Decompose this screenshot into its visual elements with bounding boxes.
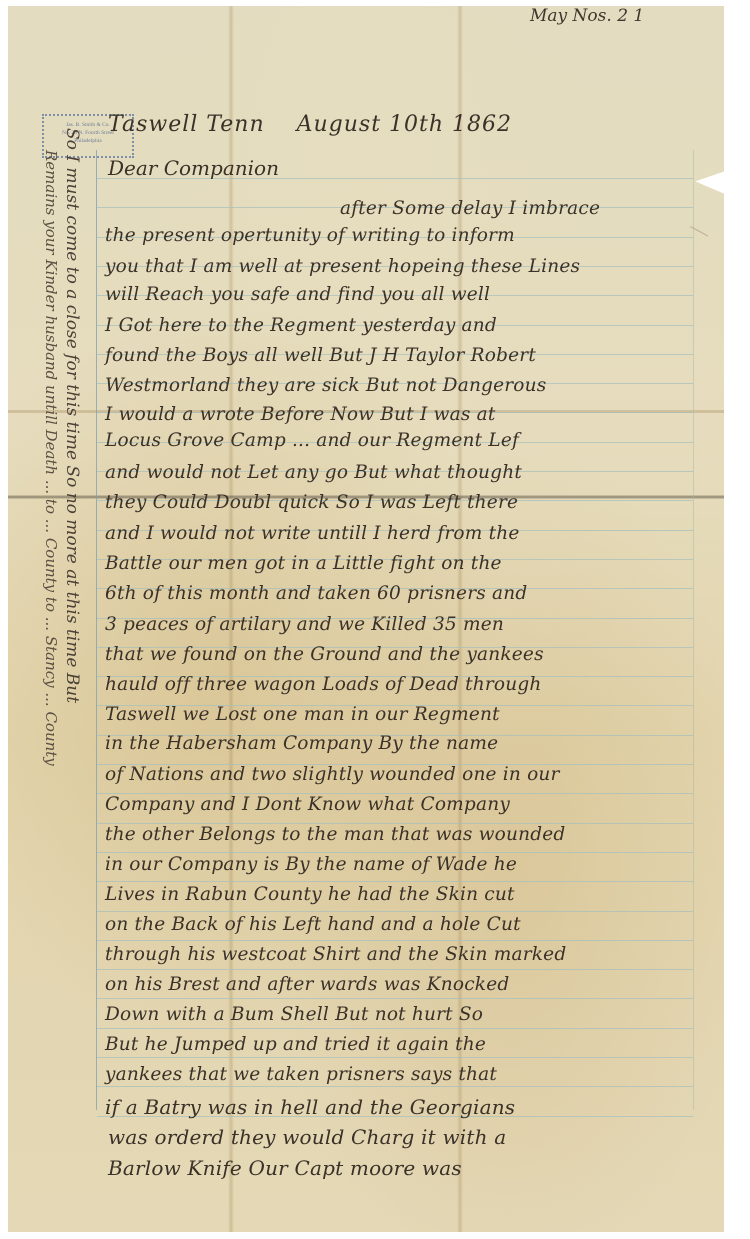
letter-line: they Could Doubl quick So I was Left the… (105, 492, 518, 513)
letter-line: Locus Grove Camp ... and our Regment Lef (105, 430, 519, 451)
letter-line: Westmorland they are sick But not Danger… (105, 375, 546, 396)
ruled-line (97, 1028, 693, 1029)
letter-line: and would not Let any go But what though… (105, 462, 522, 483)
letter-line: on the Back of his Left hand and a hole … (105, 914, 521, 935)
salutation: Dear Companion (108, 156, 279, 180)
letter-line: 6th of this month and taken 60 prisners … (105, 583, 527, 604)
letter-header: Taswell Tenn August 10th 1862 (108, 112, 512, 137)
ruled-line (97, 852, 693, 853)
margin-note-outer: Remains your Kinder husband untill Death… (42, 150, 60, 766)
margin-rule (96, 150, 97, 1110)
letter-line: 3 peaces of artilary and we Killed 35 me… (105, 614, 504, 635)
letter-line: was orderd they would Charg it with a (108, 1125, 506, 1149)
header-place: Taswell Tenn (108, 112, 265, 137)
letter-line: in our Company is By the name of Wade he (105, 854, 517, 875)
letter-line: Battle our men got in a Little fight on … (105, 553, 502, 574)
letter-line: and I would not write untill I herd from… (105, 523, 519, 544)
ruled-line (97, 969, 693, 970)
archive-annotation: May Nos. 2 1 (530, 6, 644, 26)
letter-line: hauld off three wagon Loads of Dead thro… (105, 674, 542, 695)
letter-line: yankees that we taken prisners says that (105, 1064, 497, 1085)
letter-line: found the Boys all well But J H Taylor R… (105, 345, 536, 366)
ruled-line (97, 940, 693, 941)
ruled-line (97, 881, 693, 882)
ruled-line (97, 1086, 693, 1087)
stamp-line-3: Philadelphia (44, 137, 132, 145)
ruled-line (97, 1057, 693, 1058)
ruled-line (97, 911, 693, 912)
letter-line: through his westcoat Shirt and the Skin … (105, 944, 566, 965)
letter-line: the other Belongs to the man that was wo… (105, 824, 565, 845)
letter-line: Company and I Dont Know what Company (105, 794, 510, 815)
letter-line: on his Brest and after wards was Knocked (105, 974, 509, 995)
letter-line: will Reach you safe and find you all wel… (105, 284, 490, 305)
letter-line: Down with a Bum Shell But not hurt So (105, 1004, 483, 1025)
letter-line: after Some delay I imbrace (340, 198, 600, 219)
margin-note-inner: So I must come to a close for this time … (62, 128, 82, 703)
letter-line: the present opertunity of writing to inf… (105, 225, 515, 246)
right-margin-rule (693, 150, 694, 1110)
letter-line: that we found on the Ground and the yank… (105, 644, 544, 665)
letter-line: in the Habersham Company By the name (105, 733, 498, 754)
ruled-line (97, 998, 693, 999)
letter-line: I would a wrote Before Now But I was at (105, 404, 495, 425)
letter-line: I Got here to the Regment yesterday and (105, 315, 497, 336)
letter-line: Lives in Rabun County he had the Skin cu… (105, 884, 515, 905)
header-date: August 10th 1862 (297, 112, 512, 137)
letter-line: Taswell we Lost one man in our Regment (105, 704, 500, 725)
letter-line: Barlow Knife Our Capt moore was (108, 1156, 462, 1180)
letter-line: But he Jumped up and tried it again the (105, 1034, 486, 1055)
letter-line: you that I am well at present hopeing th… (105, 256, 580, 277)
letter-line: if a Batry was in hell and the Georgians (105, 1095, 515, 1119)
letter-line: of Nations and two slightly wounded one … (105, 764, 560, 785)
